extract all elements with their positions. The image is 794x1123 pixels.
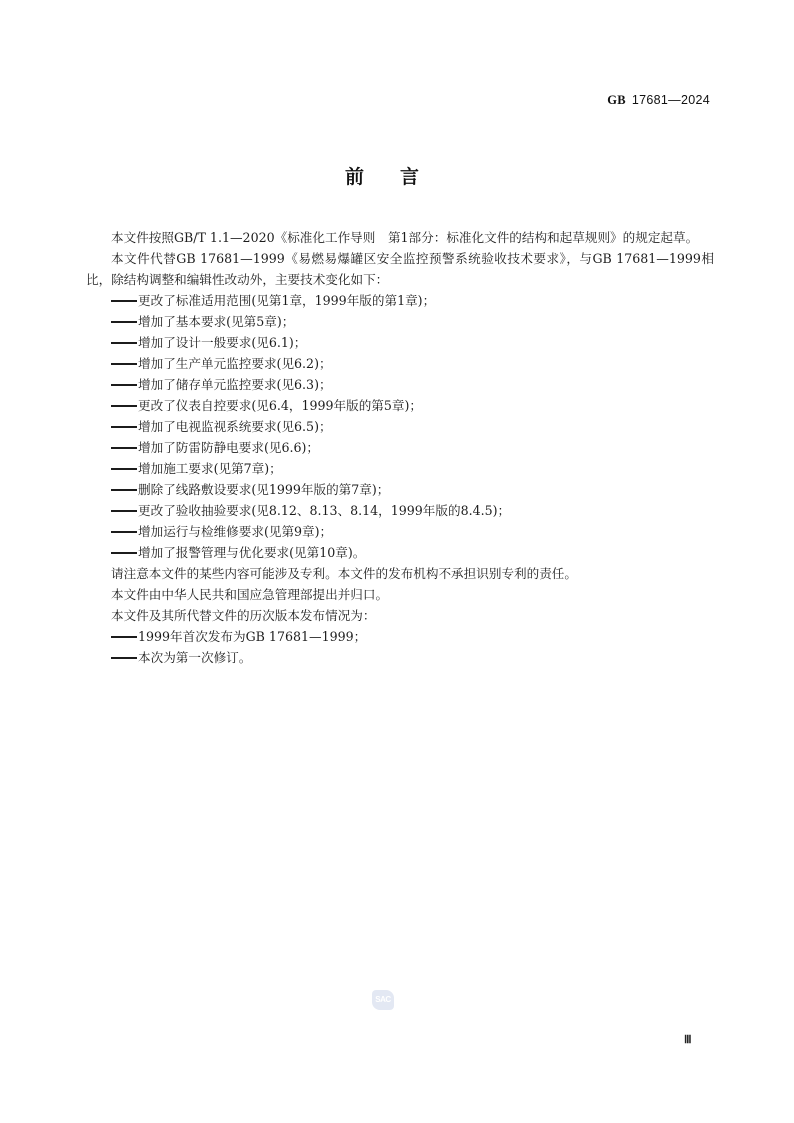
dash-bullet: [111, 657, 137, 659]
list-item: 增加了报警管理与优化要求(见第10章)。: [86, 542, 714, 563]
list-item: 更改了标准适用范围(见第1章，1999年版的第1章)；: [86, 290, 714, 311]
dash-bullet: [111, 636, 137, 638]
dash-bullet: [111, 300, 137, 302]
list-item: 增加施工要求(见第7章)；: [86, 458, 714, 479]
dash-bullet: [111, 342, 137, 344]
dash-bullet: [111, 405, 137, 407]
list-item: 1999年首次发布为GB 17681—1999；: [86, 626, 714, 647]
list-item: 增加了防雷防静电要求(见6.6)；: [86, 437, 714, 458]
standard-code-header: GB17681—2024: [607, 93, 710, 108]
list-item: 更改了验收抽验要求(见8.12、8.13、8.14，1999年版的8.4.5)；: [86, 500, 714, 521]
list-item: 增加了设计一般要求(见6.1)；: [86, 332, 714, 353]
dash-bullet: [111, 384, 137, 386]
list-item: 增加了储存单元监控要求(见6.3)；: [86, 374, 714, 395]
history-list: 1999年首次发布为GB 17681—1999； 本次为第一次修订。: [86, 626, 714, 668]
proposer-statement: 本文件由中华人民共和国应急管理部提出并归口。: [86, 584, 714, 605]
list-item: 增加了基本要求(见第5章)；: [86, 311, 714, 332]
patent-notice: 请注意本文件的某些内容可能涉及专利。本文件的发布机构不承担识别专利的责任。: [86, 563, 714, 584]
drafting-rule-paragraph: 本文件按照GB/T 1.1—2020《标准化工作导则 第1部分：标准化文件的结构…: [86, 227, 714, 248]
list-item: 增加了电视监视系统要求(见6.5)；: [86, 416, 714, 437]
dash-bullet: [111, 363, 137, 365]
standard-number: 17681—2024: [632, 93, 710, 107]
dash-bullet: [111, 468, 137, 470]
standard-prefix: GB: [607, 93, 626, 107]
dash-bullet: [111, 321, 137, 323]
history-intro: 本文件及其所代替文件的历次版本发布情况为：: [86, 605, 714, 626]
dash-bullet: [111, 531, 137, 533]
list-item: 增加运行与检维修要求(见第9章)；: [86, 521, 714, 542]
foreword-body: 本文件按照GB/T 1.1—2020《标准化工作导则 第1部分：标准化文件的结构…: [86, 227, 714, 668]
dash-bullet: [111, 447, 137, 449]
list-item: 删除了线路敷设要求(见1999年版的第7章)；: [86, 479, 714, 500]
sac-watermark-logo: SAC: [372, 990, 394, 1010]
list-item: 本次为第一次修订。: [86, 647, 714, 668]
dash-bullet: [111, 552, 137, 554]
changes-list: 更改了标准适用范围(见第1章，1999年版的第1章)； 增加了基本要求(见第5章…: [86, 290, 714, 563]
dash-bullet: [111, 510, 137, 512]
list-item: 更改了仪表自控要求(见6.4，1999年版的第5章)；: [86, 395, 714, 416]
list-item: 增加了生产单元监控要求(见6.2)；: [86, 353, 714, 374]
page-title: 前言: [0, 162, 794, 189]
dash-bullet: [111, 426, 137, 428]
page-number: Ⅲ: [684, 1033, 692, 1046]
replacement-paragraph: 本文件代替GB 17681—1999《易燃易爆罐区安全监控预警系统验收技术要求》…: [86, 248, 714, 290]
dash-bullet: [111, 489, 137, 491]
